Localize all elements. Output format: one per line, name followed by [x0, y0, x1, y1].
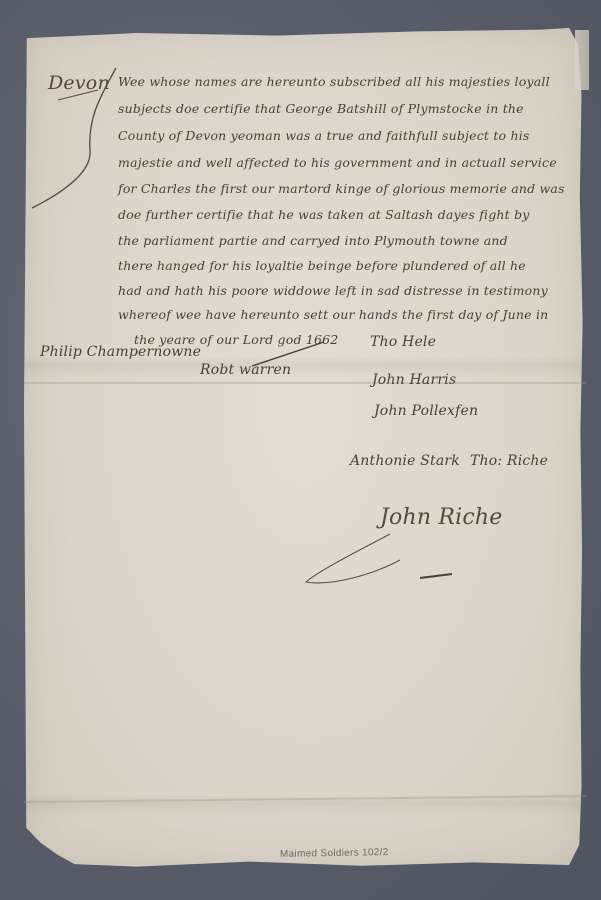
- body-line: subjects doe certifie that George Batshi…: [118, 101, 524, 116]
- body-line: there hanged for his loyaltie beinge bef…: [118, 258, 526, 273]
- body-line: doe further certifie that he was taken a…: [118, 207, 530, 222]
- document-scan: Devon Wee whose names are hereunto subsc…: [0, 0, 601, 900]
- folded-corner: [575, 30, 589, 90]
- body-line: County of Devon yeoman was a true and fa…: [118, 128, 530, 143]
- body-line: whereof wee have hereunto sett our hands…: [118, 307, 548, 322]
- margin-heading: Devon: [48, 72, 110, 94]
- signature: Anthonie Stark: [350, 453, 460, 469]
- signature: Robt warren: [200, 362, 291, 378]
- signature: Philip Champernowne: [40, 344, 201, 360]
- body-line: for Charles the first our martord kinge …: [118, 181, 565, 196]
- signature: Tho: Riche: [470, 453, 548, 469]
- signature: Tho Hele: [370, 334, 436, 350]
- archive-reference-note: Maimed Soldiers 102/2: [280, 847, 389, 860]
- signature: John Riche: [380, 505, 503, 530]
- fold-crease: [24, 382, 586, 384]
- signature: John Harris: [372, 372, 456, 388]
- body-line: Wee whose names are hereunto subscribed …: [118, 74, 550, 89]
- body-line: the parliament partie and carryed into P…: [118, 233, 508, 248]
- body-line: had and hath his poore widdowe left in s…: [118, 283, 548, 298]
- signature: John Pollexfen: [374, 403, 478, 419]
- body-line: majestie and well affected to his govern…: [118, 155, 557, 170]
